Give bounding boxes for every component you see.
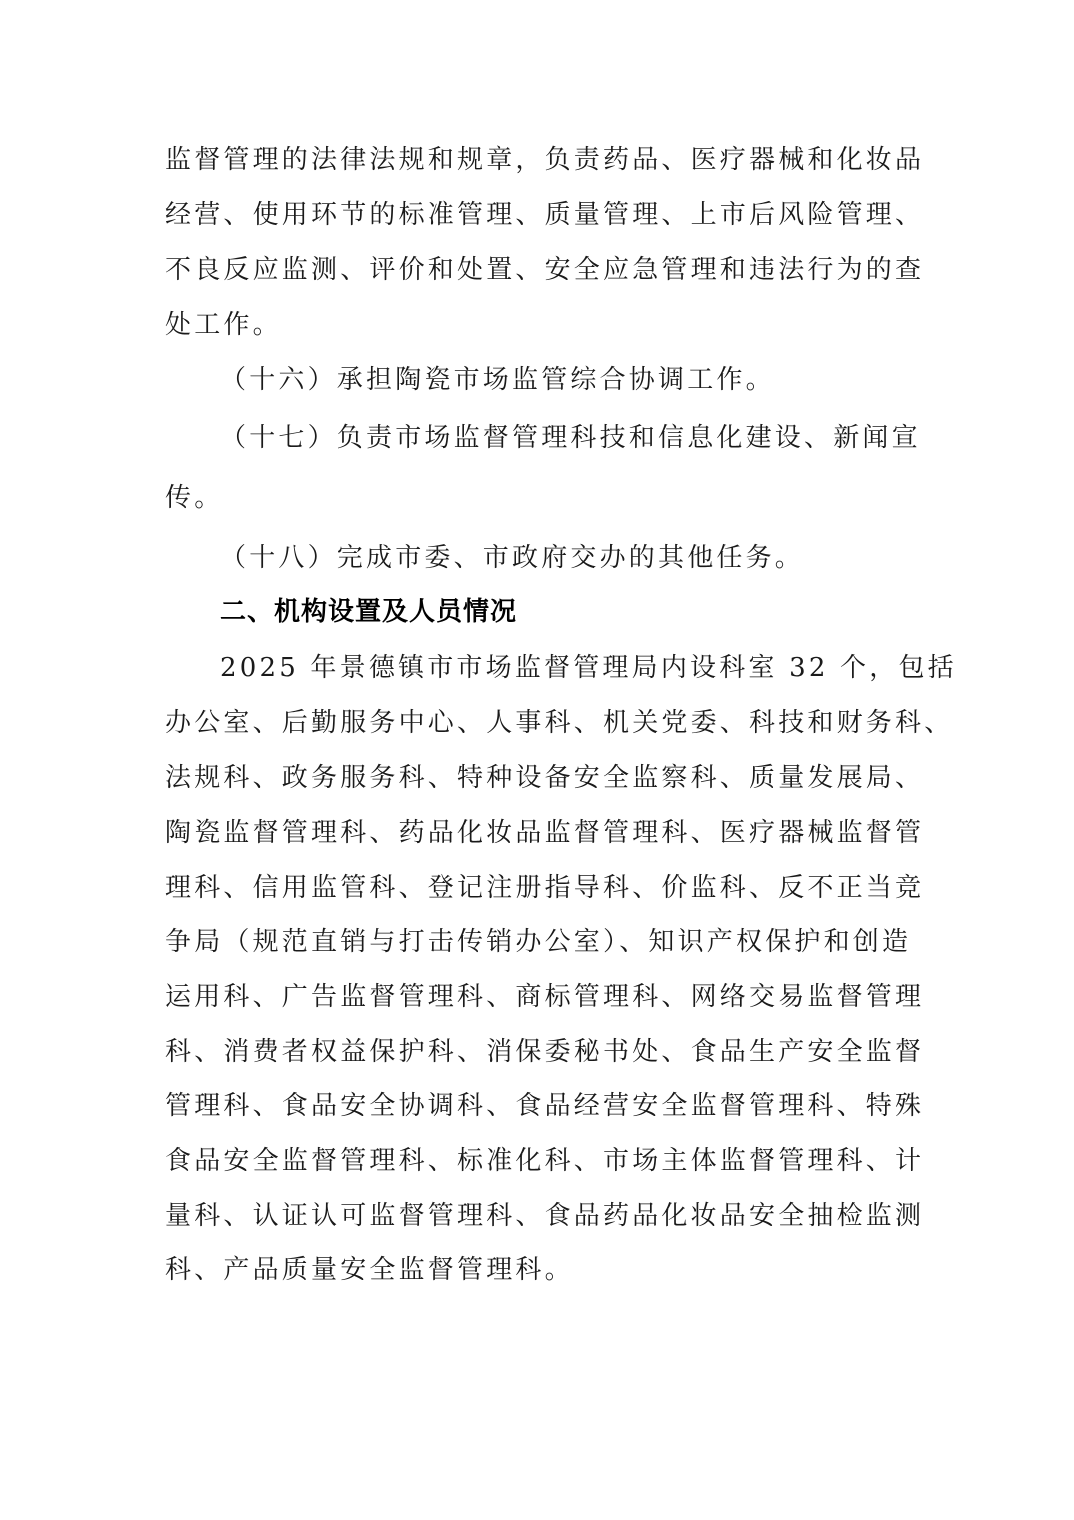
paragraph-line: 法规科、政务服务科、特种设备安全监察科、质量发展局、 xyxy=(165,760,911,796)
paragraph-line: 监督管理的法律法规和规章，负责药品、医疗器械和化妆品 xyxy=(165,142,911,178)
paragraph-line: 食品安全监督管理科、标准化科、市场主体监督管理科、计 xyxy=(165,1143,911,1179)
paragraph-line: 经营、使用环节的标准管理、质量管理、上市后风险管理、 xyxy=(165,197,911,233)
paragraph-line: 陶瓷监督管理科、药品化妆品监督管理科、医疗器械监督管 xyxy=(165,815,911,851)
paragraph-line: 传。 xyxy=(165,480,911,516)
paragraph-line: 2025 年景德镇市市场监督管理局内设科室 32 个，包括 xyxy=(220,650,966,686)
paragraph-line: 争局（规范直销与打击传销办公室）、知识产权保护和创造 xyxy=(165,924,911,960)
paragraph-line: 处工作。 xyxy=(165,307,911,343)
paragraph-line: 科、消费者权益保护科、消保委秘书处、食品生产安全监督 xyxy=(165,1034,911,1070)
list-item-18: （十八）完成市委、市政府交办的其他任务。 xyxy=(220,540,966,576)
paragraph-line: 量科、认证认可监督管理科、食品药品化妆品安全抽检监测 xyxy=(165,1198,911,1234)
paragraph-line: 科、产品质量安全监督管理科。 xyxy=(165,1252,911,1288)
section-heading: 二、机构设置及人员情况 xyxy=(220,594,966,630)
list-item-17: （十七）负责市场监督管理科技和信息化建设、新闻宣 xyxy=(220,420,966,456)
paragraph-line: 运用科、广告监督管理科、商标管理科、网络交易监督管理 xyxy=(165,979,911,1015)
paragraph-line: 不良反应监测、评价和处置、安全应急管理和违法行为的查 xyxy=(165,252,911,288)
document-page: 监督管理的法律法规和规章，负责药品、医疗器械和化妆品 经营、使用环节的标准管理、… xyxy=(0,0,1074,1520)
paragraph-line: 理科、信用监管科、登记注册指导科、价监科、反不正当竞 xyxy=(165,870,911,906)
paragraph-line: 办公室、后勤服务中心、人事科、机关党委、科技和财务科、 xyxy=(165,705,911,741)
list-item-16: （十六）承担陶瓷市场监管综合协调工作。 xyxy=(220,362,966,398)
paragraph-line: 管理科、食品安全协调科、食品经营安全监督管理科、特殊 xyxy=(165,1088,911,1124)
